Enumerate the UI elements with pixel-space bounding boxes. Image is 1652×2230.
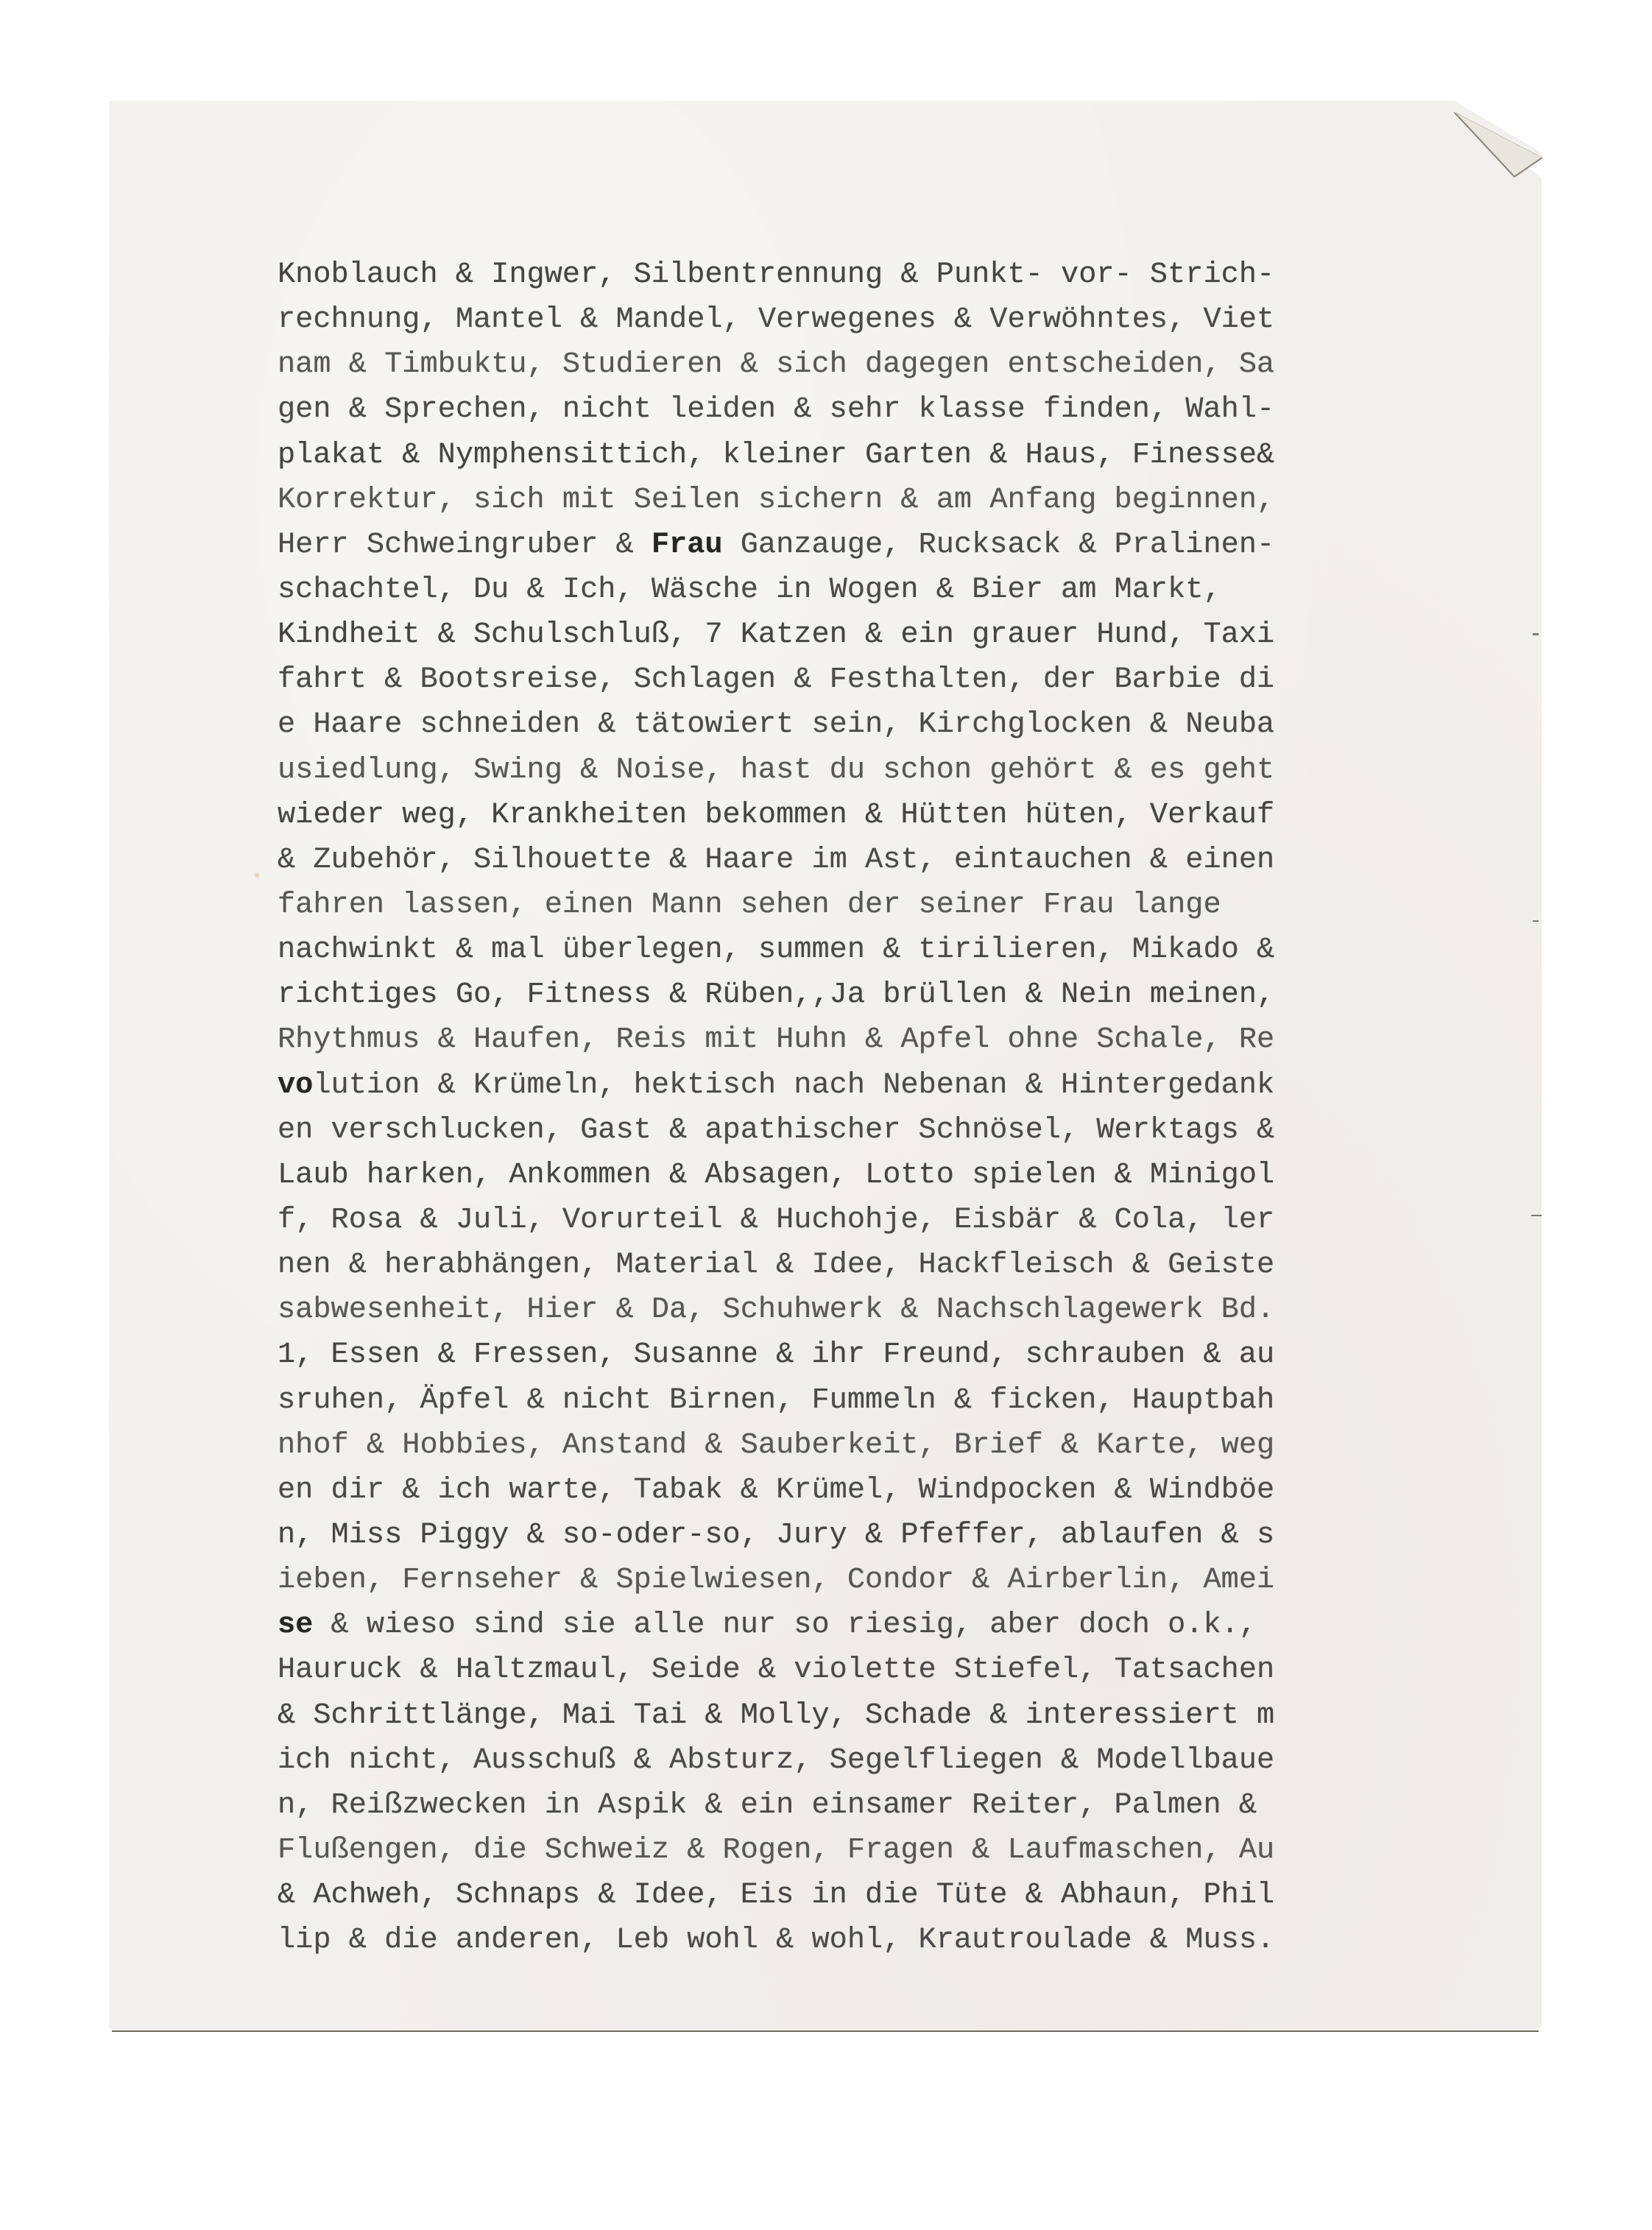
text-line: fahren lassen, einen Mann sehen der sein… — [278, 883, 1274, 928]
text-line: & Schrittlänge, Mai Tai & Molly, Schade … — [278, 1693, 1274, 1738]
text-line: & Achweh, Schnaps & Idee, Eis in die Tüt… — [278, 1873, 1274, 1918]
text-line: Herr Schweingruber & Frau Ganzauge, Ruck… — [278, 523, 1274, 568]
text-line: Kindheit & Schulschluß, 7 Katzen & ein g… — [278, 613, 1274, 657]
text-line: nam & Timbuktu, Studieren & sich dagegen… — [278, 342, 1274, 387]
text-line: ich nicht, Ausschuß & Absturz, Segelflie… — [278, 1738, 1274, 1783]
typewritten-text-body: Knoblauch & Ingwer, Silbentrennung & Pun… — [278, 253, 1274, 1963]
text-line: f, Rosa & Juli, Vorurteil & Huchohje, Ei… — [278, 1198, 1274, 1243]
text-line: en dir & ich warte, Tabak & Krümel, Wind… — [278, 1468, 1274, 1513]
paper-stain — [253, 872, 261, 879]
text-line: Laub harken, Ankommen & Absagen, Lotto s… — [278, 1153, 1274, 1198]
text-line: & Zubehör, Silhouette & Haare im Ast, ei… — [278, 838, 1274, 883]
text-line: usiedlung, Swing & Noise, hast du schon … — [278, 748, 1274, 793]
paper-edge-mark — [1531, 1215, 1542, 1216]
text-line: en verschlucken, Gast & apathischer Schn… — [278, 1108, 1274, 1153]
text-line: se & wieso sind sie alle nur so riesig, … — [278, 1603, 1274, 1648]
overstruck-word: Frau — [652, 528, 723, 562]
text-segment: lution & Krümeln, hektisch nach Nebenan … — [313, 1068, 1274, 1102]
text-line: gen & Sprechen, nicht leiden & sehr klas… — [278, 387, 1274, 432]
text-line: n, Reißzwecken in Aspik & ein einsamer R… — [278, 1783, 1274, 1828]
text-line: Rhythmus & Haufen, Reis mit Huhn & Apfel… — [278, 1017, 1274, 1062]
text-line: sruhen, Äpfel & nicht Birnen, Fummeln & … — [278, 1378, 1274, 1423]
text-line: richtiges Go, Fitness & Rüben,,Ja brülle… — [278, 973, 1274, 1017]
text-line: fahrt & Bootsreise, Schlagen & Festhalte… — [278, 657, 1274, 702]
folded-corner-icon — [1454, 112, 1542, 178]
text-line: nachwinkt & mal überlegen, summen & tiri… — [278, 928, 1274, 973]
text-line: plakat & Nymphensittich, kleiner Garten … — [278, 433, 1274, 478]
text-line: e Haare schneiden & tätowiert sein, Kirc… — [278, 702, 1274, 747]
text-line: rechnung, Mantel & Mandel, Verwegenes & … — [278, 297, 1274, 342]
text-segment: & wieso sind sie alle nur so riesig, abe… — [313, 1608, 1257, 1642]
text-line: n, Miss Piggy & so-oder-so, Jury & Pfeff… — [278, 1513, 1274, 1558]
paper-bottom-edge — [112, 2030, 1539, 2032]
text-line: schachtel, Du & Ich, Wäsche in Wogen & B… — [278, 568, 1274, 613]
text-line: nhof & Hobbies, Anstand & Sauberkeit, Br… — [278, 1423, 1274, 1468]
text-line: Hauruck & Haltzmaul, Seide & violette St… — [278, 1648, 1274, 1693]
text-line: ieben, Fernseher & Spielwiesen, Condor &… — [278, 1558, 1274, 1603]
text-line: 1, Essen & Fressen, Susanne & ihr Freund… — [278, 1333, 1274, 1377]
text-line: volution & Krümeln, hektisch nach Nebena… — [278, 1063, 1274, 1108]
text-line: sabwesenheit, Hier & Da, Schuhwerk & Nac… — [278, 1288, 1274, 1333]
overstruck-word: se — [278, 1608, 313, 1642]
text-line: wieder weg, Krankheiten bekommen & Hütte… — [278, 793, 1274, 838]
paper-edge-mark — [1533, 633, 1539, 635]
text-line: Korrektur, sich mit Seilen sichern & am … — [278, 478, 1274, 523]
text-segment: Ganzauge, Rucksack & Pralinen- — [723, 528, 1275, 562]
text-line: nen & herabhängen, Material & Idee, Hack… — [278, 1243, 1274, 1288]
text-line: Knoblauch & Ingwer, Silbentrennung & Pun… — [278, 253, 1274, 297]
paper-edge-mark — [1533, 920, 1539, 922]
text-line: lip & die anderen, Leb wohl & wohl, Krau… — [278, 1918, 1274, 1963]
text-line: Flußengen, die Schweiz & Rogen, Fragen &… — [278, 1828, 1274, 1873]
text-segment: Herr Schweingruber & — [278, 528, 652, 562]
overstruck-word: vo — [278, 1068, 313, 1102]
